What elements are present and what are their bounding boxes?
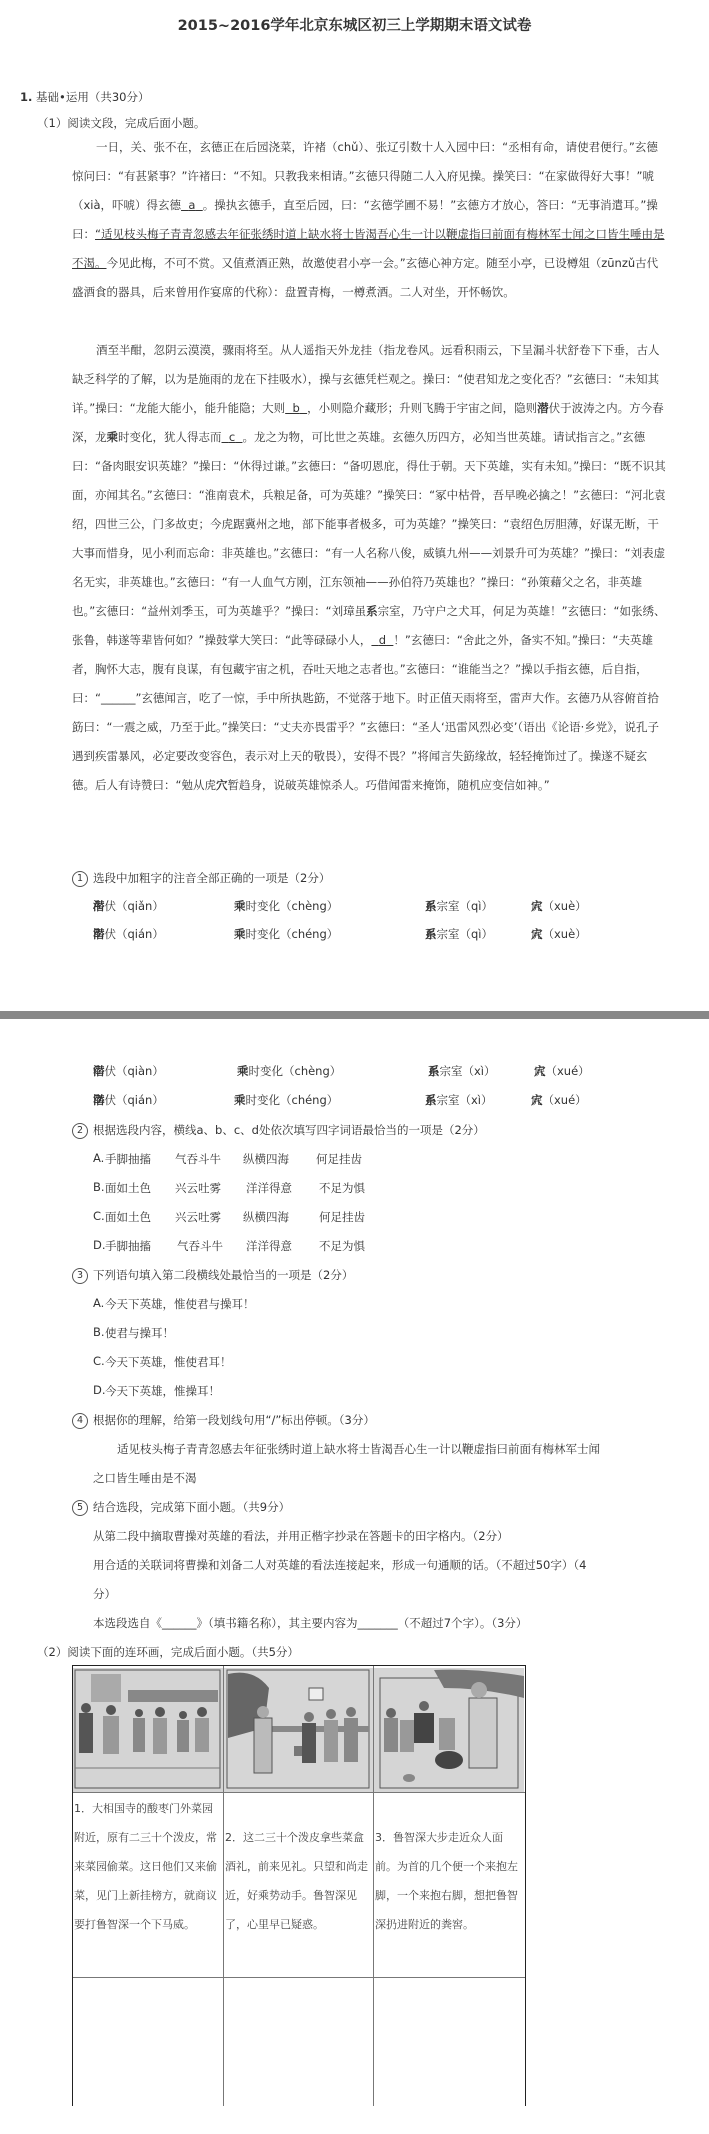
question-1-stem: 1选段中加粗字的注音全部正确的一项是（2分） xyxy=(72,870,330,887)
passage-paragraph-1: 一日，关、张不在，玄德正在后园浇菜，许褚（chǔ）、张辽引数十人入园中曰：“丞相… xyxy=(72,133,667,307)
circled-number: 4 xyxy=(72,1413,88,1429)
blank-c: c xyxy=(222,423,243,452)
comic-panel-3-image xyxy=(374,1668,524,1792)
page-title: 2015~2016学年北京东城区初三上学期期末语文试卷 xyxy=(0,14,709,35)
part-2-heading: （2）阅读下面的连环画，完成后面小题。（共5分） xyxy=(37,1644,299,1660)
circled-number: 2 xyxy=(72,1123,88,1139)
question-2-stem: 2根据选段内容，横线a、b、c、d处依次填写四字词语最恰当的一项是（2分） xyxy=(72,1122,485,1139)
passage-text: 。操执玄德手，直至后园，曰：“玄德学圃不 xyxy=(203,198,427,212)
table-divider xyxy=(73,1977,525,1978)
book-name-blank[interactable]: ______ xyxy=(162,1616,197,1630)
q5-item-2-cont: 分） xyxy=(93,1586,116,1602)
question-5-stem: 5结合选段，完成第下面小题。（共9分） xyxy=(72,1499,290,1516)
question-3-stem: 3下列语句填入第二段横线处最恰当的一项是（2分） xyxy=(72,1267,353,1284)
comic-strip-table: 1．大相国寺的酸枣门外菜园附近，原有二三十个泼皮，常来菜园偷菜。这日他们又来偷菜… xyxy=(72,1665,526,2106)
question-label: 基础•运用（共30分） xyxy=(36,90,149,104)
question-number: 1. xyxy=(20,90,32,104)
circled-number: 3 xyxy=(72,1268,88,1284)
q4-sentence-line-2: 之口皆生唾由是不渴 xyxy=(93,1470,197,1486)
comic-caption-1: 1．大相国寺的酸枣门外菜园附近，原有二三十个泼皮，常来菜园偷菜。这日他们又来偷菜… xyxy=(74,1794,222,1939)
content-blank[interactable]: _______ xyxy=(358,1616,398,1630)
q5-item-3: 本选段选自《______》（填书籍名称），其主要内容为_______（不超过7个… xyxy=(93,1615,527,1631)
table-divider xyxy=(73,1792,525,1793)
comic-caption-3: 3．鲁智深大步走近众人面前。为首的几个便一个来抱左脚，一个来抱右脚，想把鲁智深扔… xyxy=(375,1823,523,1939)
blank-a: a xyxy=(181,191,203,220)
comic-caption-2: 2．这二三十个泼皮拿些菜盒酒礼，前来见礼。只望和尚走近，好乘势动手。鲁智深见了，… xyxy=(225,1823,372,1939)
circled-number: 1 xyxy=(72,871,88,887)
blank-b: b xyxy=(285,394,307,423)
q5-item-2: 用合适的关联词将曹操和刘备二人对英雄的看法连接起来，形成一句通顺的话。（不超过5… xyxy=(93,1557,586,1573)
q5-item-1: 从第二段中摘取曹操对英雄的看法，并用正楷字抄录在答题卡的田字格内。（2分） xyxy=(93,1528,509,1544)
comic-panel-1-image xyxy=(73,1668,224,1792)
passage-text: 一日，关、张不在，玄德正在后园浇菜，许褚（chǔ）、张辽引数十人入园中曰：“丞相… xyxy=(96,140,612,154)
question-4-stem: 4根据你的理解，给第一段划线句用“/”标出停顿。（3分） xyxy=(72,1412,375,1429)
comic-panel-2-image xyxy=(224,1668,374,1792)
circled-number: 5 xyxy=(72,1500,88,1516)
passage-text: 今见此梅，不可不赏。又值煮酒正熟，故邀 xyxy=(107,256,326,270)
passage-paragraph-2: 酒至半酣，忽阴云漠漠，骤雨将至。从人遥指天外龙挂（指龙卷风。远看积雨云，下呈漏斗… xyxy=(72,336,667,800)
page-break-divider xyxy=(0,1011,709,1019)
blank-e: ______ xyxy=(101,691,136,705)
part-1-heading: （1）阅读文段，完成后面小题。 xyxy=(37,115,205,131)
q4-sentence-line-1: 适见枝头梅子青青忽感去年征张绣时道上缺水将士皆渴吾心生一计以鞭虚指曰前面有梅林军… xyxy=(117,1441,600,1457)
table-column-divider xyxy=(223,1666,224,2106)
table-column-divider xyxy=(373,1666,374,2106)
blank-d: d xyxy=(371,626,393,655)
question-1-heading: 1. 基础•运用（共30分） xyxy=(20,89,149,105)
passage-text: 称）：盘置青梅，一樽煮酒。二人对坐，开怀畅饮。 xyxy=(256,285,515,299)
